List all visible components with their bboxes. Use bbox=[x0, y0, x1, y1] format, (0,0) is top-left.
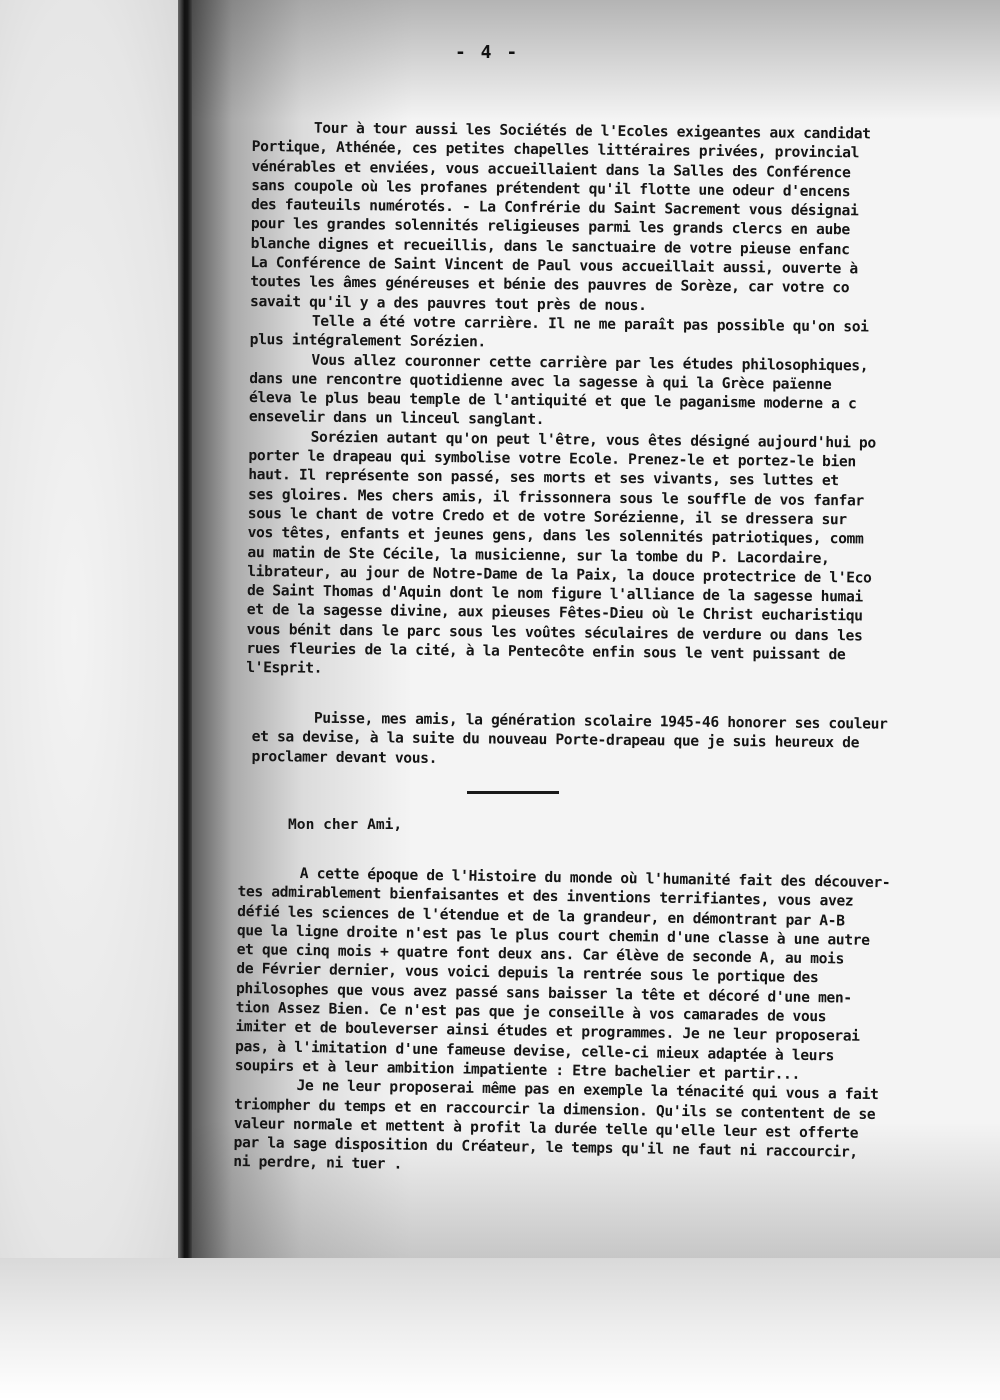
facing-page bbox=[0, 0, 186, 1258]
letter-body: A cette époque de l'Histoire du monde où… bbox=[233, 863, 1000, 1186]
page-number: - 4 - bbox=[455, 42, 519, 63]
letter-salutation: Mon cher Ami, bbox=[288, 816, 402, 833]
speech-closing: Puisse, mes amis, la génération scolaire… bbox=[251, 708, 1000, 775]
scanner-background bbox=[0, 1258, 1000, 1400]
speech-body: Tour à tour aussi les Sociétés de l'Ecol… bbox=[246, 118, 1000, 687]
section-separator bbox=[467, 791, 559, 794]
scanned-page: - 4 - Tour à tour aussi les Sociétés de … bbox=[192, 0, 1000, 1262]
